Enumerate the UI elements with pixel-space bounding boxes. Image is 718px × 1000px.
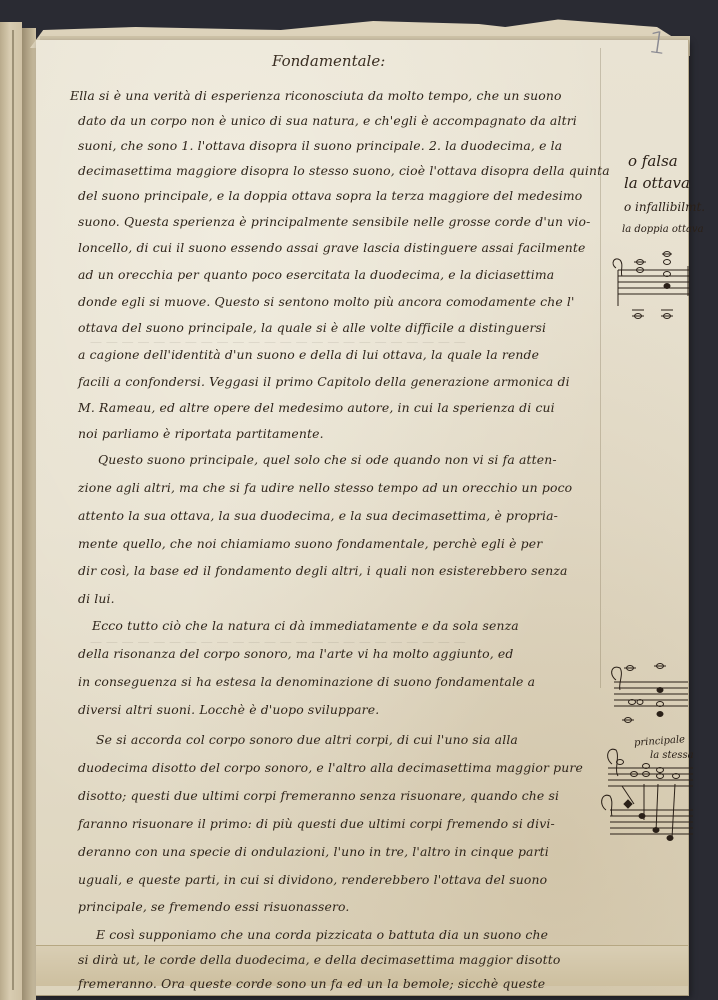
book-spine [0,22,22,1000]
spine-edge [12,30,14,990]
text-line: diversi altri suoni. Locchè è d'uopo svi… [78,702,379,717]
text-line: suono. Questa sperienza è principalmente… [78,214,590,229]
text-line: ottava del suono principale, la quale si… [78,320,546,335]
text-line: fremeranno. Ora queste corde sono un fa … [78,976,545,991]
text-line: a cagione dell'identità d'un suono e del… [78,347,539,362]
text-line: decimasettima maggiore disopra lo stesso… [78,163,610,178]
text-line: Ella si è una verità di esperienza ricon… [70,88,562,103]
fold-line [600,48,601,688]
text-line: mente quello, che noi chiamiamo suono fo… [78,536,542,551]
text-line: di lui. [78,591,115,606]
music-staff-icon [610,250,692,330]
text-line: zione agli altri, ma che si fa udire nel… [78,480,572,495]
text-line: donde egli si muove. Questo si sentono m… [78,294,575,309]
text-line: dato da un corpo non è unico di sua natu… [78,113,577,128]
text-line: principale, se fremendo essi risuonasser… [78,899,350,914]
text-line: Questo suono principale, quel solo che s… [98,452,557,467]
margin-note: o infallibilmt. [624,200,705,214]
text-line: in conseguenza si ha estesa la denominaz… [78,674,535,689]
text-line: Se si accorda col corpo sonoro due altri… [96,732,518,747]
margin-note: la ottava [624,174,690,192]
text-line: Ecco tutto ciò che la natura ci dà immed… [92,618,519,633]
text-line: del suono principale, e la doppia ottava… [78,188,582,203]
text-line: uguali, e queste parti, in cui si divido… [78,872,547,887]
text-line: deranno con una specie di ondulazioni, l… [78,844,549,859]
text-line: disotto; questi due ultimi corpi fremera… [78,788,559,803]
page-gutter [22,28,36,1000]
margin-note: la doppia ottava [622,224,704,235]
text-line: suoni, che sono 1. l'ottava disopra il s… [78,138,562,153]
text-line: noi parliamo è riportata partitamente. [78,426,324,441]
text-line: faranno risuonare il primo: di più quest… [78,816,555,831]
text-line: M. Rameau, ed altre opere del medesimo a… [78,400,555,415]
text-line: si dirà ut, le corde della duodecima, e … [78,952,561,967]
document-viewer: 1 Fondamentale: — — — — — — — — — — — — … [0,0,718,1000]
text-line: duodecima disotto del corpo sonoro, e l'… [78,760,583,775]
text-line: ad un orecchia per quanto poco esercitat… [78,267,554,282]
text-line: facili a confondersi. Veggasi il primo C… [78,374,570,389]
text-line: dir così, la base ed il fondamento degli… [78,563,568,578]
page-title: Fondamentale: [272,52,385,70]
text-line: loncello, di cui il suono essendo assai … [78,240,586,255]
text-line: attento la sua ottava, la sua duodecima,… [78,508,558,523]
margin-note: o falsa [628,152,678,170]
margin-note: la stessa [650,750,694,761]
text-line: della risonanza del corpo sonoro, ma l'a… [78,646,513,661]
text-line: E così supponiamo che una corda pizzicat… [96,927,548,942]
